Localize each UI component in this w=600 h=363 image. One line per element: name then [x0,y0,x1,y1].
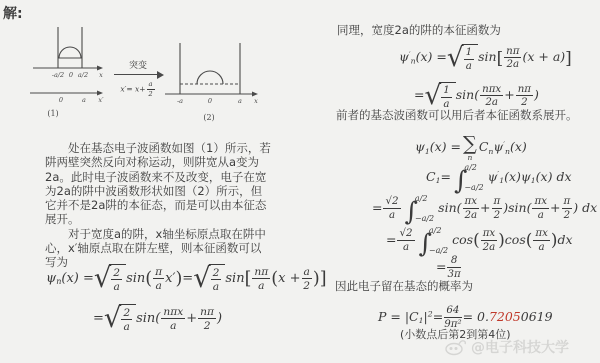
weibo-mascot-icon [444,339,468,356]
x-axis-2-label: x [254,97,258,105]
watermark: @电子科技大学 [444,337,569,357]
paragraph-line: 对于宽度a的阱，x轴坐标原点取在阱中 [45,227,267,241]
paragraph-line: 2a。此时电子波函数来不及改变，电子在宽 [45,170,267,184]
formula-c1-result: = 83π [436,255,462,280]
formula-c1-integral: C1 = ∫a/2−a/2ψ′1(x)ψ1(x) dx [426,163,572,195]
coordinate-shift-formula: x′= x+a2 [112,81,164,98]
x-prime-axis-label: x′ [98,96,104,104]
watermark-handle: @电子科技大学 [471,337,569,357]
tick-zero: 0 [69,71,73,79]
left-paragraph: 处在基态电子波函数如图（1）所示，若 阱两壁突然反向对称运动，则阱宽从a变为 2… [45,141,267,270]
arrow-shaft [114,74,158,75]
paragraph-line: 心，x′轴原点取在阱左壁，则本征函数可以 [45,241,267,255]
paragraph-line: 它并不是2a阱的本征态，而是可以由本征态 [45,198,267,212]
tick-zero-prime: 0 [59,96,63,104]
x-axis-arrowhead [97,66,103,71]
transition-arrow [112,71,164,79]
paragraph-line: 为2a的阱中波函数形状如图（2）所示，但 [45,184,267,198]
figure2-caption: (2) [203,113,214,122]
solution-page: 解: -a/2 0 a/2 x 0 a x′ (1) 突变 [0,0,600,363]
tick-a-half: a/2 [78,71,88,79]
tick-a-prime: a [82,96,86,104]
paragraph-line: 展开。 [45,212,267,226]
formula-expansion: ψ1(x) = ∑nCn ψ′n(x) [415,134,527,162]
formula-psi-n-line2: = √2a sin(nπxa + nπ2) [93,304,222,332]
right-intro-text: 同理，宽度2a的阱的本征函数为 [337,22,501,38]
transition-label: 突变 [112,58,164,71]
x-prime-axis-arrowhead [97,91,103,96]
figure1-caption: (1) [47,109,58,118]
formula-psi-prime-line1: ψ′n(x) = √1a sin[nπ2a (x + a)] [399,44,572,72]
formula-psi-n-line1: ψn(x) = √2a sin(πax′) = √2a sin[nπa(x + … [46,264,327,292]
tick-zero-2: 0 [208,97,212,105]
solution-label: 解: [3,3,23,23]
paragraph-line: 阱两壁突然反向对称运动，则阱宽从a变为 [45,155,267,169]
frozen-wave [197,71,223,84]
figure-well-2a: -a 0 a x (2) [160,25,295,125]
tick-minus-a-half: -a/2 [52,71,64,79]
formula-psi-prime-line2: = √1a sin(nπx2a + nπ2) [414,82,539,110]
right-expand-text: 前者的基态波函数可以用后者本征函数系展开。 [336,107,578,123]
right-therefore-text: 因此电子留在基态的概率为 [335,278,473,294]
ground-state-wave [59,47,81,58]
transition-group: 突变 x′= x+a2 [112,58,164,98]
formula-c1-sin: = √2a∫a/2−a/2sin(πx2a + π2)sin(πxa + π2)… [372,194,597,226]
paragraph-line: 处在基态电子波函数如图（1）所示，若 [45,141,267,155]
tick-minus-a: -a [177,97,183,105]
x-axis-2-arrowhead [252,92,258,97]
tick-a: a [238,97,242,105]
formula-c1-cos: = √2a∫a/2−a/2cos(πx2a) cos(πxa) dx [386,226,573,258]
x-axis-label: x [99,71,103,79]
